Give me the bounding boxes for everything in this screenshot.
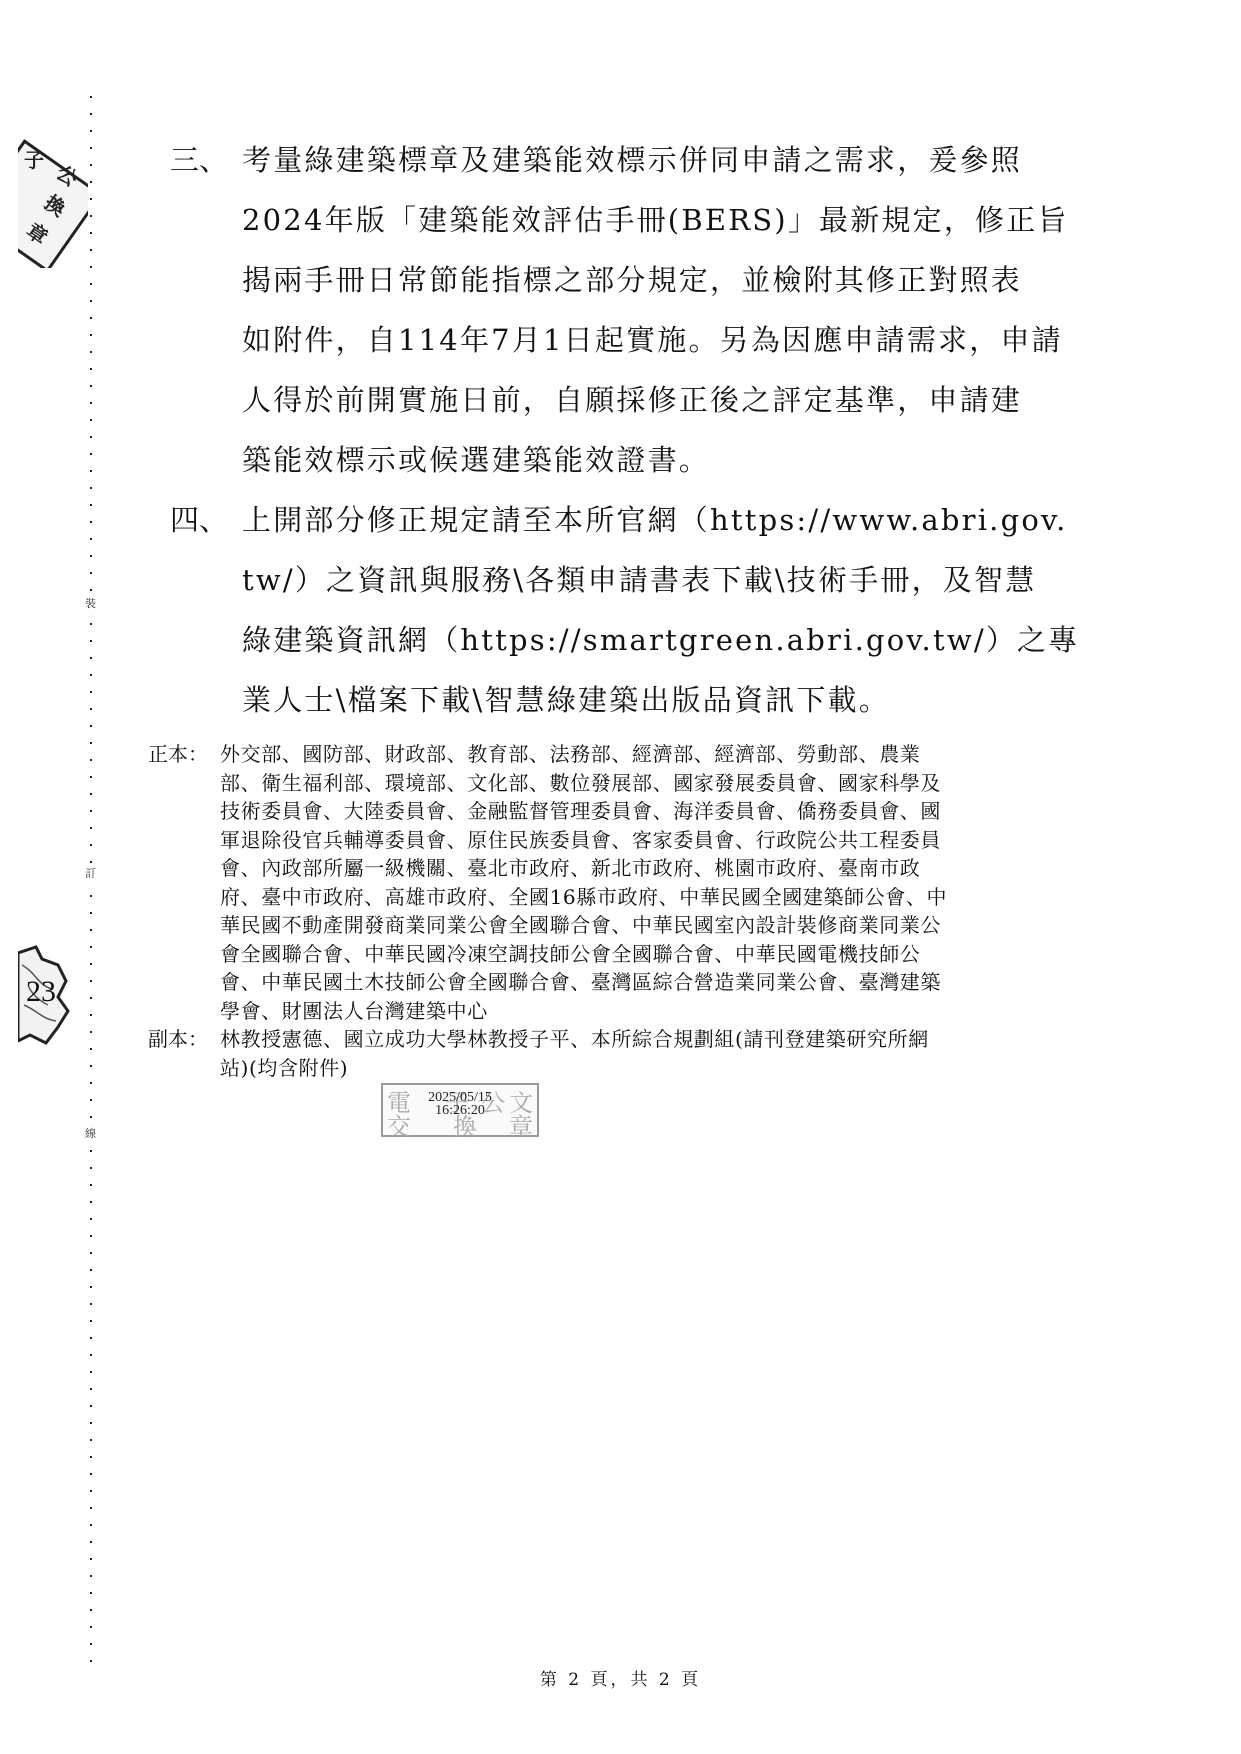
item-line: 上開部分修正規定請至本所官網（https://www.abri.gov. bbox=[242, 490, 1090, 550]
binding-dot bbox=[90, 504, 92, 506]
binding-dot bbox=[90, 232, 92, 234]
recipient-line: 學會、財團法人台灣建築中心 bbox=[220, 997, 1098, 1026]
item-line: 2024年版「建築能效評估手冊(BERS)」最新規定，修正旨 bbox=[242, 190, 1090, 250]
binding-dot bbox=[90, 844, 92, 846]
binding-dot bbox=[90, 861, 92, 863]
binding-label: 裝 bbox=[85, 598, 96, 610]
binding-dot bbox=[90, 147, 92, 149]
binding-dot bbox=[90, 215, 92, 217]
binding-dot bbox=[90, 827, 92, 829]
binding-dot bbox=[90, 1422, 92, 1424]
binding-dot bbox=[90, 521, 92, 523]
binding-dot bbox=[90, 1184, 92, 1186]
binding-dot bbox=[90, 691, 92, 693]
binding-dot bbox=[90, 1575, 92, 1577]
binding-dot bbox=[90, 640, 92, 642]
binding-dot bbox=[90, 1337, 92, 1339]
binding-label: 線 bbox=[85, 1128, 96, 1140]
item-line: 如附件，自114年7月1日起實施。另為因應申請需求，申請 bbox=[242, 310, 1090, 370]
binding-dot bbox=[90, 1065, 92, 1067]
binding-dot bbox=[90, 538, 92, 540]
binding-dot bbox=[90, 1456, 92, 1458]
item-four: 四、 上開部分修正規定請至本所官網（https://www.abri.gov. … bbox=[170, 490, 1090, 730]
recipient-line: 府、臺中市政府、高雄市政府、全國16縣市政府、中華民國全國建築師公會、中 bbox=[220, 883, 1098, 912]
binding-dot bbox=[90, 963, 92, 965]
binding-dot bbox=[90, 742, 92, 744]
binding-dot bbox=[90, 725, 92, 727]
item-line: 考量綠建築標章及建築能效標示併同申請之需求，爰參照 bbox=[242, 130, 1090, 190]
binding-dot bbox=[90, 793, 92, 795]
binding-dot bbox=[90, 1031, 92, 1033]
binding-dot bbox=[90, 1388, 92, 1390]
binding-dot bbox=[90, 1507, 92, 1509]
recipient-line: 會、內政部所屬一級機關、臺北市政府、新北市政府、桃園市政府、臺南市政 bbox=[220, 854, 1098, 883]
binding-dot bbox=[90, 1235, 92, 1237]
item-number: 三、 bbox=[170, 130, 228, 190]
binding-dot bbox=[90, 895, 92, 897]
binding-dot bbox=[90, 317, 92, 319]
binding-dot bbox=[90, 1371, 92, 1373]
item-line: tw/）之資訊與服務\各類申請書表下載\技術手冊，及智慧 bbox=[242, 550, 1090, 610]
page-number: 第 2 頁，共 2 頁 bbox=[0, 1665, 1241, 1690]
binding-dot bbox=[90, 1405, 92, 1407]
binding-dot bbox=[90, 776, 92, 778]
binding-dot bbox=[90, 1609, 92, 1611]
binding-dot bbox=[90, 334, 92, 336]
binding-dot bbox=[90, 351, 92, 353]
recipient-line: 林教授憲德、國立成功大學林教授子平、本所綜合規劃組(請刊登建築研究所網 bbox=[220, 1025, 1098, 1054]
binding-dot bbox=[90, 657, 92, 659]
binding-dot bbox=[90, 385, 92, 387]
binding-dot bbox=[90, 130, 92, 132]
binding-dot bbox=[90, 266, 92, 268]
binding-dot bbox=[90, 1541, 92, 1543]
binding-dot bbox=[90, 1201, 92, 1203]
stamp-datetime: 2025/05/15 16:26:20 bbox=[417, 1091, 503, 1117]
document-body: 三、 考量綠建築標章及建築能效標示併同申請之需求，爰參照 2024年版「建築能效… bbox=[170, 130, 1090, 730]
binding-dot bbox=[90, 1150, 92, 1152]
binding-dot bbox=[90, 1167, 92, 1169]
recipient-line: 站)(均含附件) bbox=[220, 1054, 1098, 1083]
original-label: 正本： bbox=[148, 740, 208, 768]
binding-dot bbox=[90, 470, 92, 472]
item-line: 築能效標示或候選建築能效證書。 bbox=[242, 430, 1090, 490]
copy-recipients: 副本： 林教授憲德、國立成功大學林教授子平、本所綜合規劃組(請刊登建築研究所網 … bbox=[148, 1025, 1098, 1082]
binding-dot bbox=[90, 1099, 92, 1101]
binding-dot bbox=[90, 368, 92, 370]
binding-dot bbox=[90, 487, 92, 489]
recipient-line: 華民國不動產開發商業同業公會全國聯合會、中華民國室內設計裝修商業同業公 bbox=[220, 911, 1098, 940]
binding-dot bbox=[90, 300, 92, 302]
binding-dot bbox=[90, 1014, 92, 1016]
binding-dot bbox=[90, 946, 92, 948]
binding-dot bbox=[90, 674, 92, 676]
exchange-seal-top: 子 公 換 章 bbox=[18, 138, 88, 268]
seal-number: 23 bbox=[26, 975, 56, 1009]
binding-dot bbox=[90, 1320, 92, 1322]
stamp-char: 交 bbox=[387, 1107, 411, 1142]
binding-margin: 裝訂線 bbox=[88, 96, 96, 1666]
binding-dot bbox=[90, 283, 92, 285]
binding-dot bbox=[90, 1269, 92, 1271]
item-three: 三、 考量綠建築標章及建築能效標示併同申請之需求，爰參照 2024年版「建築能效… bbox=[170, 130, 1090, 490]
binding-dot bbox=[90, 113, 92, 115]
binding-dot bbox=[90, 1524, 92, 1526]
binding-dot bbox=[90, 1286, 92, 1288]
binding-dot bbox=[90, 402, 92, 404]
electronic-exchange-stamp: 電 子 公 文 交 換 章 2025/05/15 16:26:20 bbox=[381, 1083, 539, 1137]
binding-dot bbox=[90, 912, 92, 914]
binding-dot bbox=[90, 1490, 92, 1492]
binding-dot bbox=[90, 1354, 92, 1356]
binding-dot bbox=[90, 436, 92, 438]
binding-dot bbox=[90, 589, 92, 591]
binding-dot bbox=[90, 1082, 92, 1084]
binding-dot bbox=[90, 929, 92, 931]
binding-dot bbox=[90, 1218, 92, 1220]
binding-dot bbox=[90, 96, 92, 98]
item-line: 綠建築資訊網（https://smartgreen.abri.gov.tw/）之… bbox=[242, 610, 1090, 670]
binding-dot bbox=[90, 708, 92, 710]
binding-dot bbox=[90, 419, 92, 421]
binding-dot bbox=[90, 249, 92, 251]
binding-dot bbox=[90, 980, 92, 982]
seal-char: 子 bbox=[24, 144, 44, 173]
recipient-line: 軍退除役官兵輔導委員會、原住民族委員會、客家委員會、行政院公共工程委員 bbox=[220, 826, 1098, 855]
binding-dot bbox=[90, 181, 92, 183]
item-line: 揭兩手冊日常節能指標之部分規定，並檢附其修正對照表 bbox=[242, 250, 1090, 310]
binding-dot bbox=[90, 572, 92, 574]
recipient-line: 會全國聯合會、中華民國冷凍空調技師公會全國聯合會、中華民國電機技師公 bbox=[220, 940, 1098, 969]
binding-dot bbox=[90, 1660, 92, 1662]
item-line: 業人士\檔案下載\智慧綠建築出版品資訊下載。 bbox=[242, 670, 1090, 730]
binding-dot bbox=[90, 1048, 92, 1050]
item-line: 人得於前開實施日前，自願採修正後之評定基準，申請建 bbox=[242, 370, 1090, 430]
page-seal: 23 bbox=[18, 945, 73, 1045]
binding-dot bbox=[90, 1439, 92, 1441]
distribution-list: 正本： 外交部、國防部、財政部、教育部、法務部、經濟部、經濟部、勞動部、農業 部… bbox=[148, 740, 1098, 1082]
recipient-line: 會、中華民國土木技師公會全國聯合會、臺灣區綜合營造業同業公會、臺灣建築 bbox=[220, 968, 1098, 997]
binding-dot bbox=[90, 759, 92, 761]
binding-label: 訂 bbox=[85, 868, 96, 880]
binding-dot bbox=[90, 555, 92, 557]
binding-dot bbox=[90, 1116, 92, 1118]
item-number: 四、 bbox=[170, 490, 228, 550]
recipient-line: 部、衛生福利部、環境部、文化部、數位發展部、國家發展委員會、國家科學及 bbox=[220, 769, 1098, 798]
binding-dot bbox=[90, 1643, 92, 1645]
recipient-line: 技術委員會、大陸委員會、金融監督管理委員會、海洋委員會、僑務委員會、國 bbox=[220, 797, 1098, 826]
original-recipients: 正本： 外交部、國防部、財政部、教育部、法務部、經濟部、經濟部、勞動部、農業 部… bbox=[148, 740, 1098, 1025]
stamp-char: 章 bbox=[509, 1107, 533, 1142]
binding-dot bbox=[90, 1558, 92, 1560]
copy-label: 副本： bbox=[148, 1025, 208, 1053]
recipient-line: 外交部、國防部、財政部、教育部、法務部、經濟部、經濟部、勞動部、農業 bbox=[220, 740, 1098, 769]
binding-dot bbox=[90, 1626, 92, 1628]
binding-dot bbox=[90, 1473, 92, 1475]
binding-dot bbox=[90, 1592, 92, 1594]
binding-dot bbox=[90, 810, 92, 812]
binding-dot bbox=[90, 453, 92, 455]
binding-dot bbox=[90, 198, 92, 200]
binding-dot bbox=[90, 623, 92, 625]
binding-dot bbox=[90, 164, 92, 166]
binding-dot bbox=[90, 1303, 92, 1305]
binding-dot bbox=[90, 1252, 92, 1254]
binding-dot bbox=[90, 997, 92, 999]
stamp-time: 16:26:20 bbox=[417, 1104, 503, 1117]
